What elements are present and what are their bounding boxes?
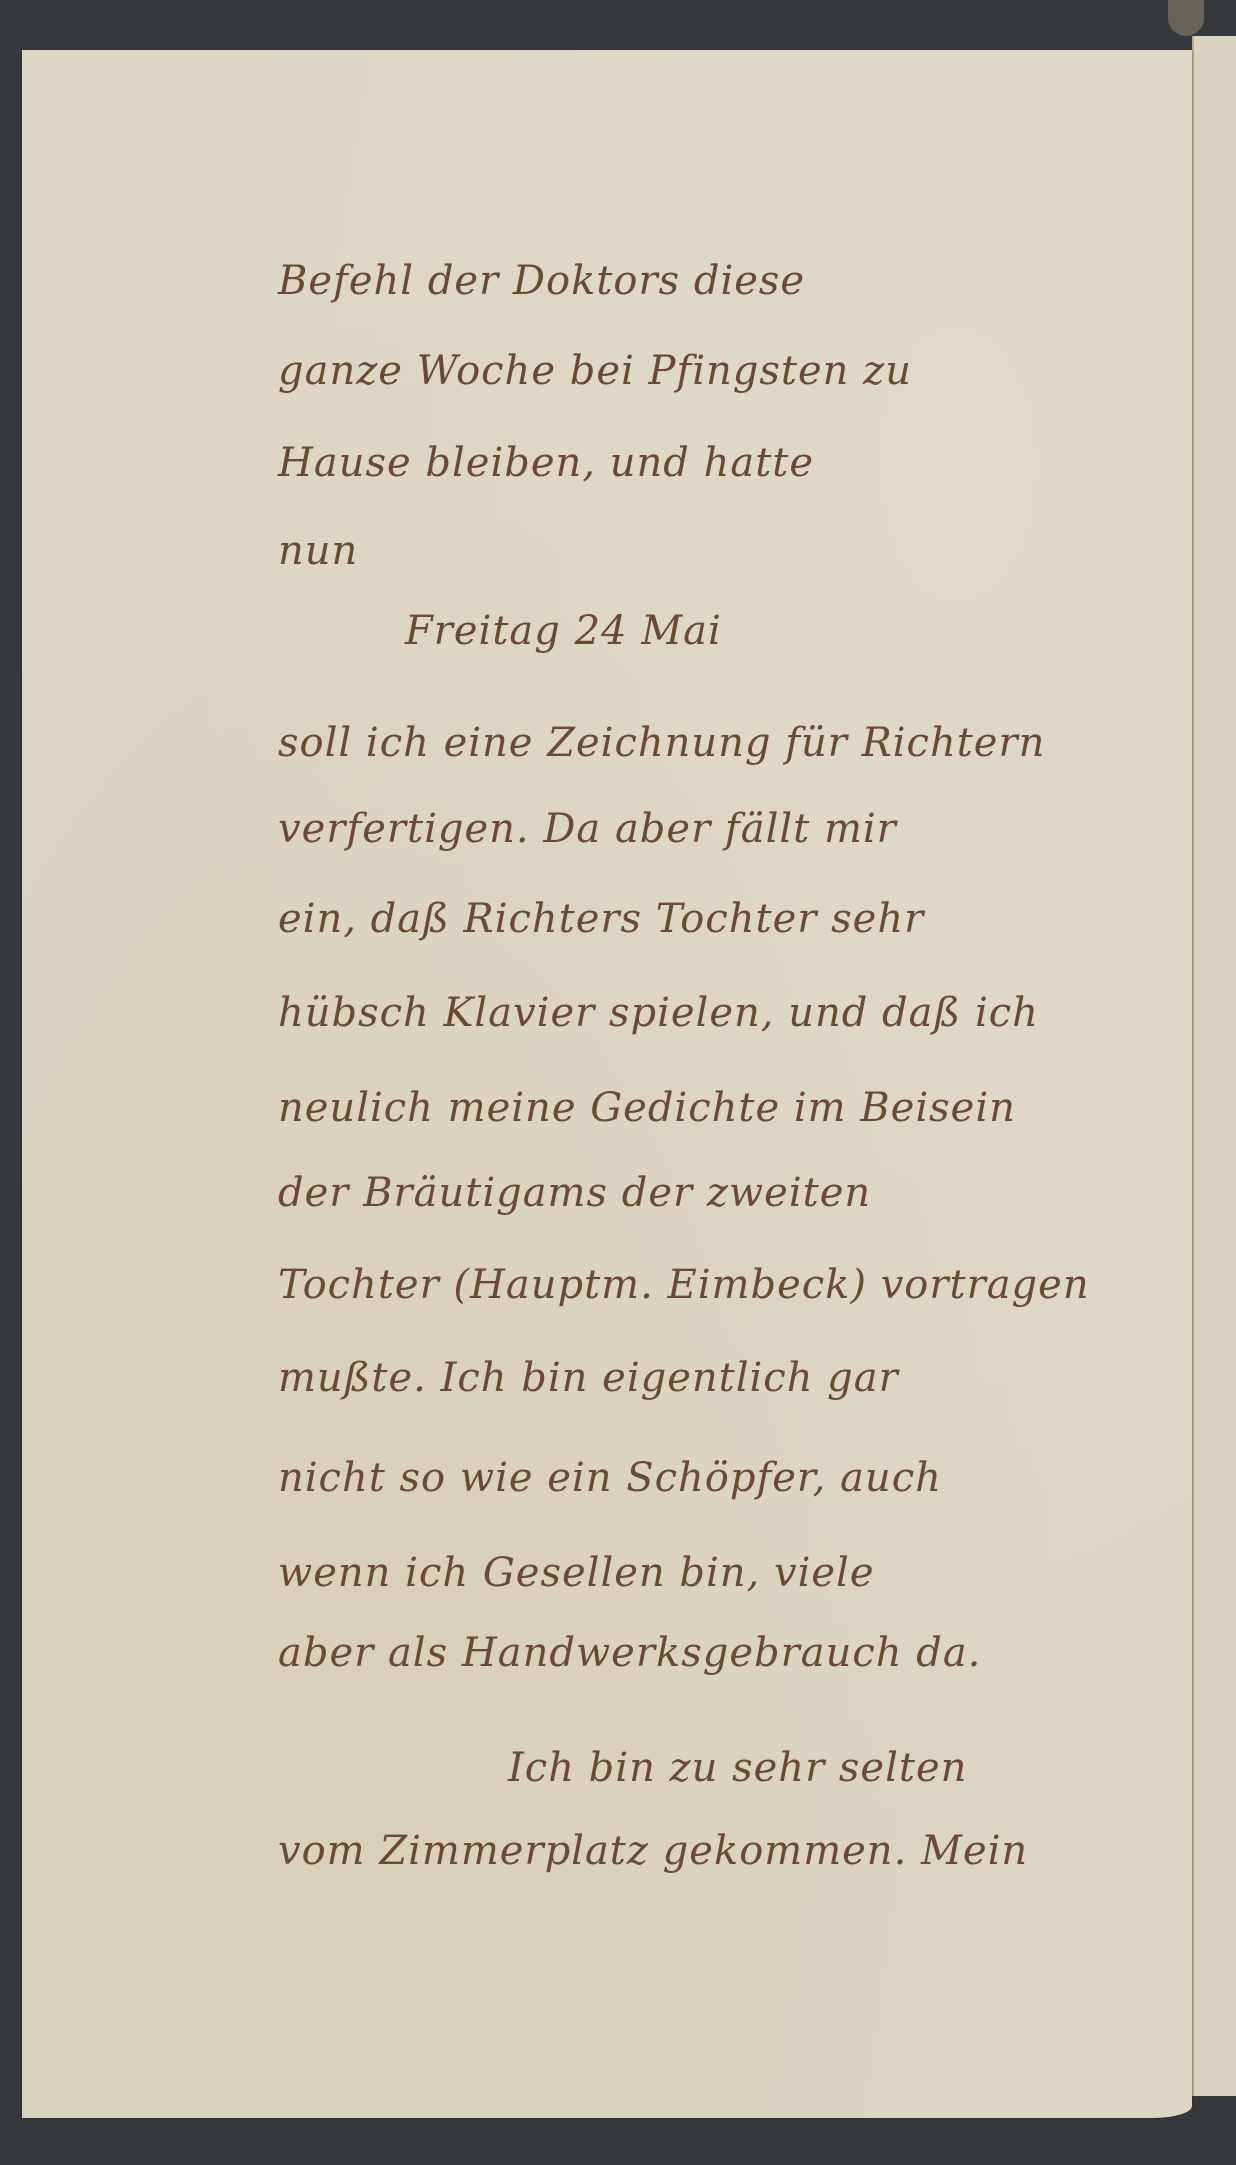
date-heading: Freitag 24 Mai: [405, 608, 722, 654]
text-line-8: ein, daß Richters Tochter sehr: [278, 896, 924, 942]
adjacent-page-edge: [1192, 36, 1236, 2096]
text-line-14: nicht so wie ein Schöpfer, auch: [278, 1455, 942, 1501]
finger-holding-page: [1168, 0, 1204, 36]
text-line-18: vom Zimmerplatz gekommen. Mein: [278, 1828, 1028, 1874]
text-line-3: Hause bleiben, und hatte: [278, 440, 814, 486]
text-line-12: Tochter (Hauptm. Eimbeck) vortragen: [278, 1262, 1090, 1308]
text-line-1: Befehl der Doktors diese: [278, 258, 805, 304]
text-line-13: mußte. Ich bin eigentlich gar: [278, 1355, 899, 1401]
text-line-17: Ich bin zu sehr selten: [508, 1745, 967, 1791]
text-line-11: der Bräutigams der zweiten: [278, 1170, 871, 1216]
text-line-10: neulich meine Gedichte im Beisein: [278, 1085, 1016, 1131]
text-line-6: soll ich eine Zeichnung für Richtern: [278, 720, 1045, 766]
text-line-4: nun: [278, 528, 358, 574]
text-line-16: aber als Handwerksgebrauch da.: [278, 1630, 981, 1676]
text-line-15: wenn ich Gesellen bin, viele: [278, 1550, 875, 1596]
text-line-9: hübsch Klavier spielen, und daß ich: [278, 990, 1039, 1036]
text-line-2: ganze Woche bei Pfingsten zu: [278, 348, 912, 394]
text-line-7: verfertigen. Da aber fällt mir: [278, 806, 897, 852]
